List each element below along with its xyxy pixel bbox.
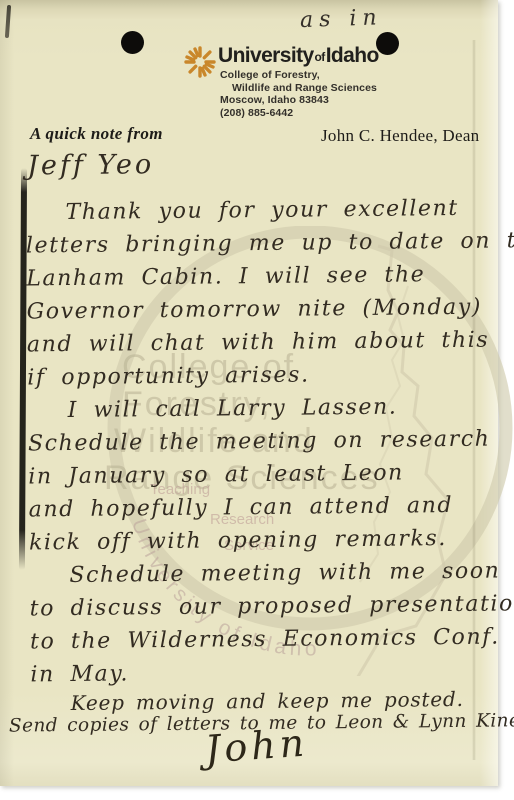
letterhead-address-block: College of Forestry, Wildlife and Range … — [220, 69, 377, 119]
scan-artifact-corner — [5, 5, 11, 38]
handwritten-line: and will chat with him about this — [27, 324, 495, 362]
handwritten-line: kick off with opening remarks. — [29, 522, 497, 560]
letterhead-address: Moscow, Idaho 83843 — [220, 94, 377, 107]
hole-punch-right — [376, 32, 399, 55]
wordmark-idaho: Idaho — [326, 44, 379, 67]
handwritten-line: Lanham Cabin. I will see the — [26, 258, 494, 296]
wordmark-university: University — [218, 44, 314, 67]
handwritten-recipient: Jeff Yeo — [27, 146, 493, 189]
hole-punch-left — [121, 31, 144, 54]
letterhead-phone: (208) 885-6442 — [220, 107, 377, 120]
handwritten-line: and hopefully I can attend and — [29, 489, 497, 527]
handwritten-line: if opportunity arises. — [27, 357, 495, 395]
handwritten-line: letters bringing me up to date on the — [26, 225, 494, 263]
handwritten-line: I will call Larry Lassen. — [27, 390, 495, 428]
university-wordmark: UniversityofIdaho — [218, 44, 379, 68]
handwritten-annotation: as in — [300, 4, 421, 33]
university-sunburst-icon — [182, 44, 218, 80]
scanned-note-page: College of Forestry, Wildlife and Range … — [0, 0, 514, 800]
handwritten-line: in May. — [30, 654, 498, 692]
letterhead-college-line1: College of Forestry, — [220, 69, 377, 82]
handwritten-line: to discuss our proposed presentation — [30, 588, 498, 626]
handwritten-line: Schedule the meeting on research — [28, 423, 496, 461]
handwritten-line: to the Wilderness Economics Conf. — [30, 621, 498, 659]
wordmark-of: of — [314, 50, 326, 64]
paper-sheet: College of Forestry, Wildlife and Range … — [0, 0, 498, 786]
handwritten-line: in January so at least Leon — [28, 456, 496, 494]
letterhead-college-line2: Wildlife and Range Sciences — [220, 82, 377, 95]
dean-name: John C. Hendee, Dean — [321, 126, 480, 146]
handwritten-line: Governor tomorrow nite (Monday) — [26, 291, 494, 329]
signature: John — [204, 720, 310, 771]
handwritten-note-body: Jeff Yeo Thank you for your excellent le… — [25, 146, 499, 738]
quick-note-label: A quick note from — [30, 124, 163, 144]
handwritten-line: Schedule meeting with me soon — [29, 555, 497, 593]
handwritten-line: Thank you for your excellent — [25, 192, 493, 230]
